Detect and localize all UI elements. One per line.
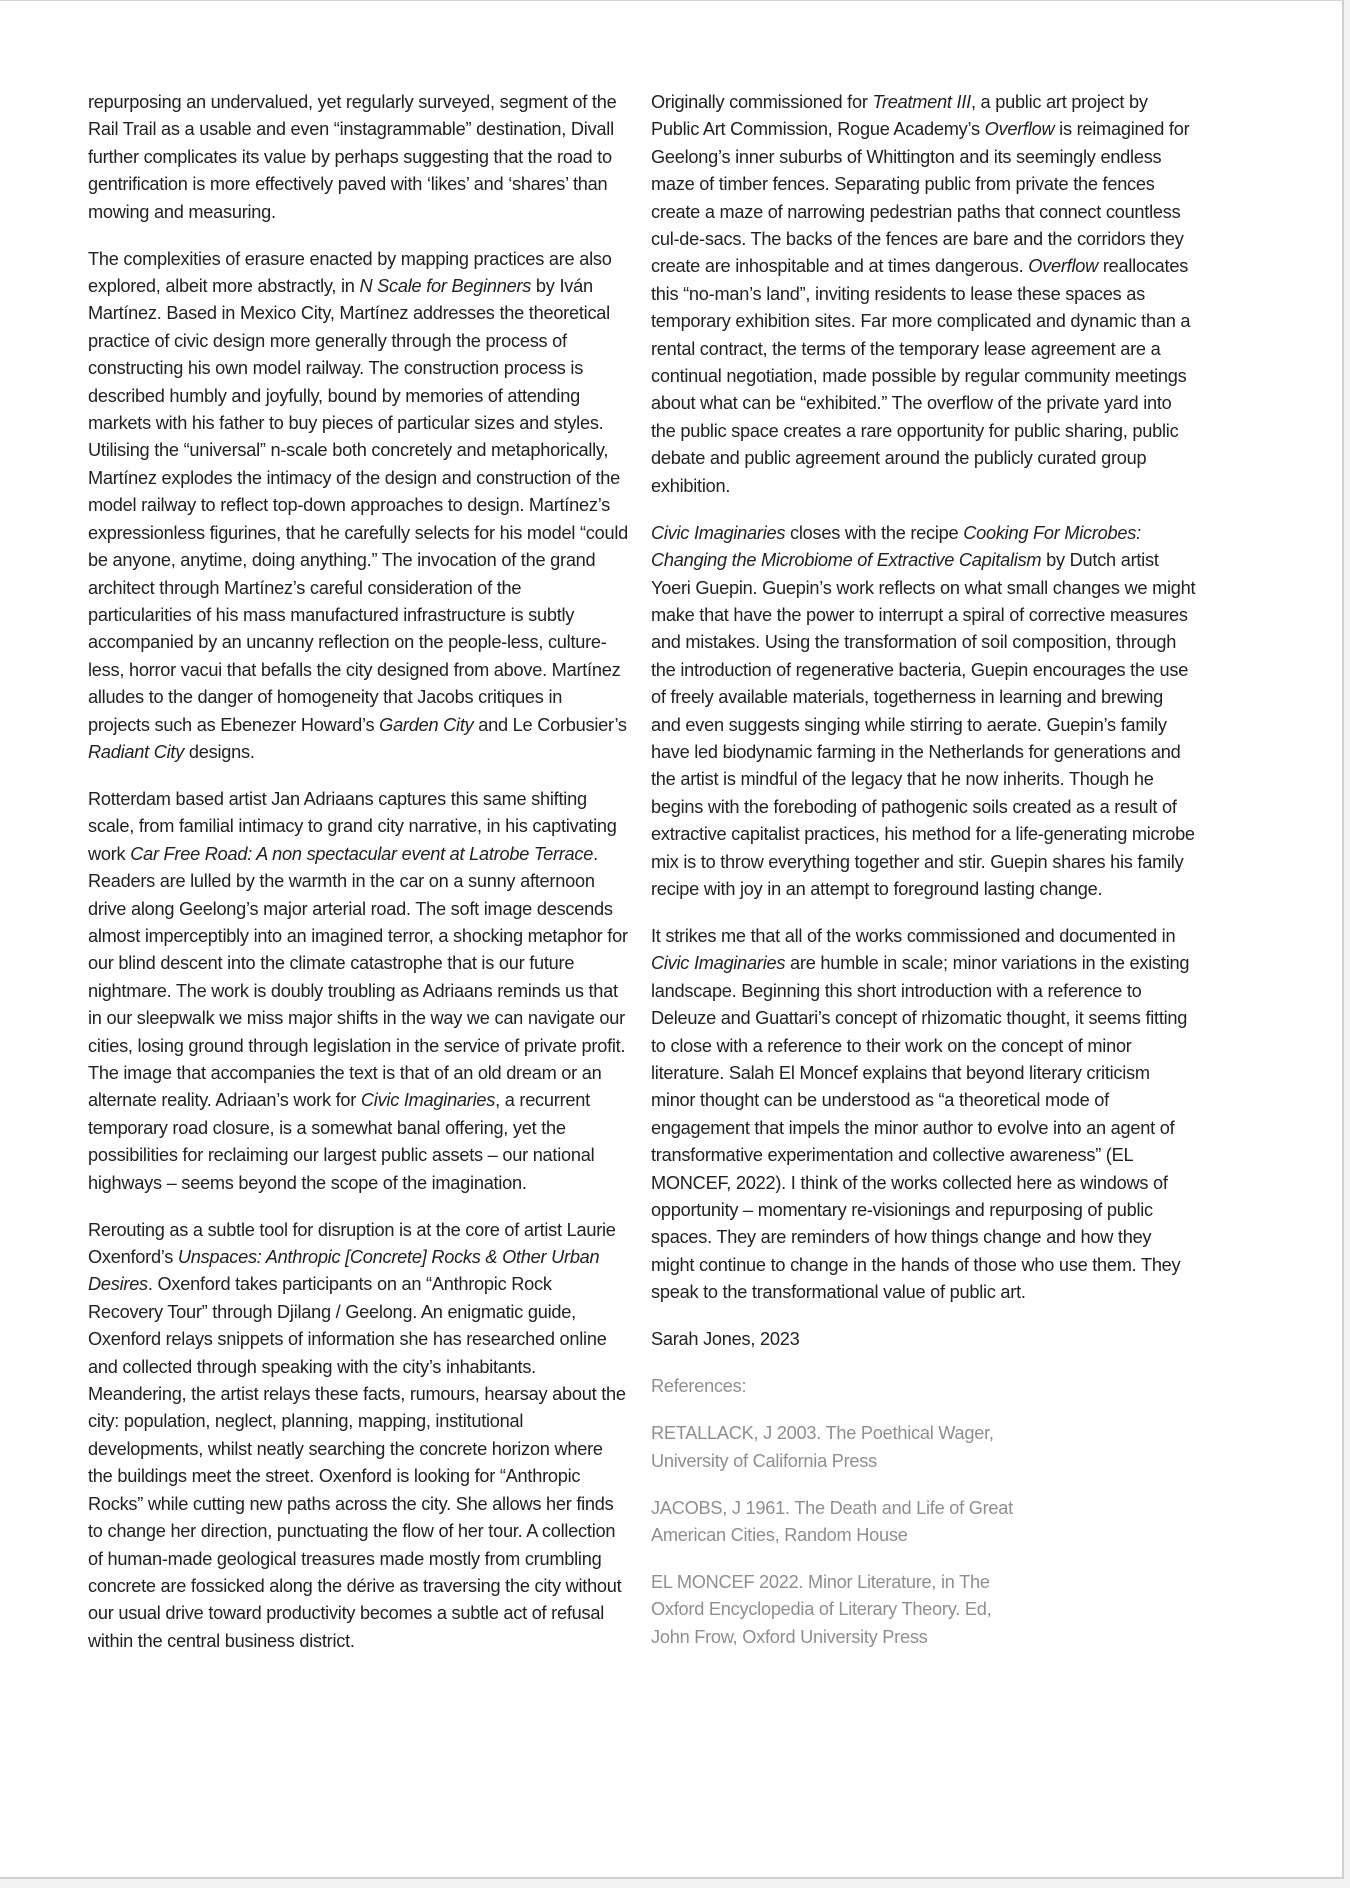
references-section: References: RETALLACK, J 2003. The Poeth…: [651, 1373, 1196, 1651]
italic-title: Garden City: [379, 715, 473, 735]
text-run: by Dutch artist Yoeri Guepin. Guepin’s w…: [651, 550, 1195, 899]
text-run: repurposing an undervalued, yet regularl…: [88, 92, 616, 222]
text-run: are humble in scale; minor variations in…: [651, 953, 1189, 1302]
italic-title: Overflow: [985, 119, 1055, 139]
text-run: It strikes me that all of the works comm…: [651, 926, 1175, 946]
italic-title: Civic Imaginaries: [651, 523, 785, 543]
italic-title: Radiant City: [88, 742, 184, 762]
text-run: Originally commissioned for: [651, 92, 872, 112]
text-run: reallocates this “no-man’s land”, inviti…: [651, 256, 1190, 495]
italic-title: N Scale for Beginners: [359, 276, 531, 296]
reference-item-jacobs: JACOBS, J 1961. The Death and Life of Gr…: [651, 1495, 1196, 1550]
italic-title: Treatment III: [872, 92, 971, 112]
text-run: closes with the recipe: [785, 523, 963, 543]
italic-title: Car Free Road: A non spectacular event a…: [130, 844, 593, 864]
text-run: and Le Corbusier’s: [473, 715, 626, 735]
references-heading: References:: [651, 1373, 1196, 1400]
text-run: by Iván Martínez. Based in Mexico City, …: [88, 276, 628, 735]
text-run: . Readers are lulled by the warmth in th…: [88, 844, 628, 1111]
paragraph-cooking-for-microbes: Civic Imaginaries closes with the recipe…: [651, 520, 1196, 904]
reference-item-retallack: RETALLACK, J 2003. The Poethical Wager, …: [651, 1420, 1196, 1475]
paragraph-unspaces: Rerouting as a subtle tool for disruptio…: [88, 1217, 628, 1656]
document-page: repurposing an undervalued, yet regularl…: [0, 0, 1344, 1879]
paragraph-divall-conclusion: repurposing an undervalued, yet regularl…: [88, 89, 628, 226]
text-run: designs.: [184, 742, 255, 762]
italic-title: Civic Imaginaries: [651, 953, 785, 973]
paragraph-car-free-road: Rotterdam based artist Jan Adriaans capt…: [88, 786, 628, 1197]
paragraph-overflow: Originally commissioned for Treatment II…: [651, 89, 1196, 500]
italic-title: Civic Imaginaries: [361, 1090, 495, 1110]
reference-item-el-moncef: EL MONCEF 2022. Minor Literature, in The…: [651, 1569, 1196, 1651]
italic-title: Overflow: [1028, 256, 1098, 276]
text-run: . Oxenford takes participants on an “Ant…: [88, 1274, 626, 1650]
paragraph-conclusion: It strikes me that all of the works comm…: [651, 923, 1196, 1307]
author-signature: Sarah Jones, 2023: [651, 1326, 1196, 1353]
left-column: repurposing an undervalued, yet regularl…: [88, 89, 628, 1675]
right-column: Originally commissioned for Treatment II…: [651, 89, 1196, 1671]
paragraph-n-scale-for-beginners: The complexities of erasure enacted by m…: [88, 246, 628, 767]
text-run: is reimagined for Geelong’s inner suburb…: [651, 119, 1189, 276]
